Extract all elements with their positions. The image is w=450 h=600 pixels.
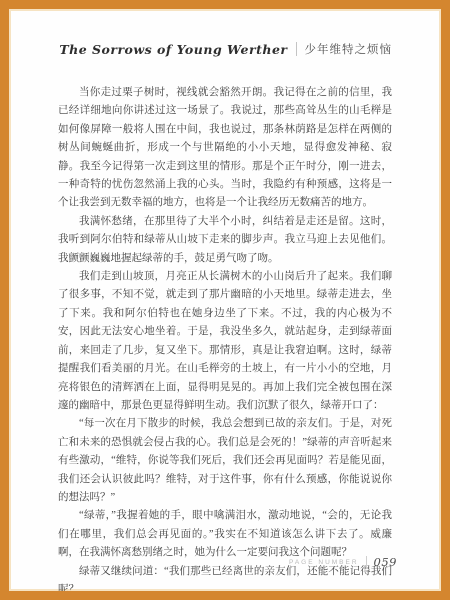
paragraph: 我满怀愁绪，在那里待了大半个小时，纠结着是走还是留。这时，我听到阿尔伯特和绿蒂从… (58, 213, 392, 268)
book-title-chinese: 少年维特之烦恼 (305, 41, 393, 57)
page-body: 当你走过栗子树时，视线就会豁然开朗。我记得在之前的信里，我已经详细地向你讲述过这… (58, 84, 392, 599)
paragraph: 当你走过栗子树时，视线就会豁然开朗。我记得在之前的信里，我已经详细地向你讲述过这… (58, 84, 392, 213)
book-title-english: The Sorrows of Young Werther (59, 42, 287, 57)
page-number-label: PAGE NUMBER (289, 559, 359, 566)
page-footer: PAGE NUMBER 059 (289, 555, 397, 569)
paragraph: 我们走到山坡顶，月亮正从长满树木的小山岗后升了起来。我们聊了很多事，不知不觉，就… (58, 268, 392, 415)
paragraph: “每一次在月下散步的时候，我总会想到已故的亲友们。于是，对死亡和未来的恐惧就会侵… (58, 415, 392, 507)
footer-divider (366, 556, 367, 569)
page-header: The Sorrows of Young Werther 少年维特之烦恼 (58, 41, 392, 57)
page-number: 059 (374, 555, 397, 569)
book-page-frame: The Sorrows of Young Werther 少年维特之烦恼 当你走… (0, 0, 450, 600)
header-divider (296, 42, 297, 56)
book-page: The Sorrows of Young Werther 少年维特之烦恼 当你走… (9, 9, 441, 591)
